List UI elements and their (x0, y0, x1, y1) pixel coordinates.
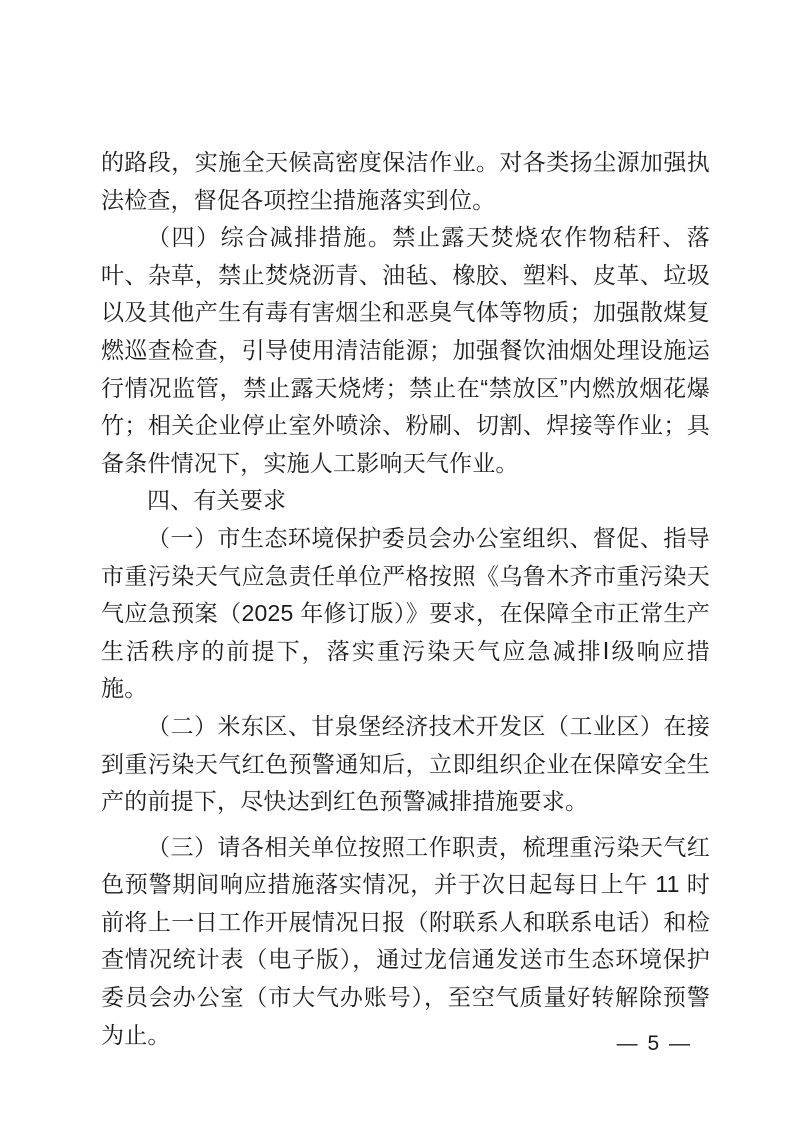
page-number: — 5 — (617, 1032, 692, 1056)
section-heading-requirements: 四、有关要求 (101, 482, 710, 520)
document-page: 的路段，实施全天候高密度保洁作业。对各类扬尘源加强执法检查，督促各项控尘措施落实… (0, 0, 793, 1122)
paragraph-requirement-two: （二）米东区、甘泉堡经济技术开发区（工业区）在接到重污染天气红色预警通知后，立即… (101, 708, 710, 821)
paragraph-requirement-three: （三）请各相关单位按照工作职责，梳理重污染天气红色预警期间响应措施落实情况，并于… (101, 829, 710, 1055)
document-body: 的路段，实施全天候高密度保洁作业。对各类扬尘源加强执法检查，督促各项控尘措施落实… (101, 144, 710, 1054)
paragraph-item-four-emission-reduction: （四）综合减排措施。禁止露天焚烧农作物秸秆、落叶、杂草，禁止焚烧沥青、油毡、橡胶… (101, 219, 710, 482)
paragraph-dust-control-continuation: 的路段，实施全天候高密度保洁作业。对各类扬尘源加强执法检查，督促各项控尘措施落实… (101, 144, 710, 219)
paragraph-requirement-one: （一）市生态环境保护委员会办公室组织、督促、指导市重污染天气应急责任单位严格按照… (101, 520, 710, 708)
